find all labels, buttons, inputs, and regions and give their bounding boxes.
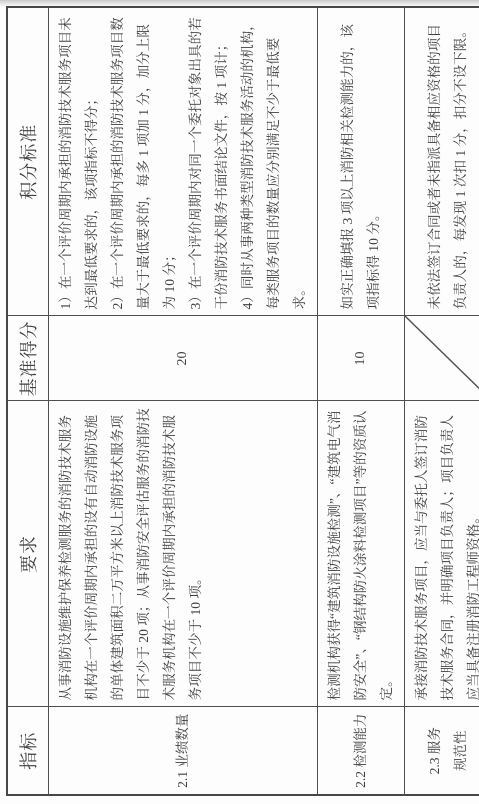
criteria-clause-1: 未依法签订合同或者未指派具备相应资格的项目负责人的，每发现 1 次扣 1 分，扣… — [422, 14, 474, 310]
requirement-text: 承接消防技术服务项目，应当与委托人签订消防技术服务合同，并明确项目负责人；项目负… — [409, 408, 479, 701]
col-header-requirement: 要求 — [7, 401, 49, 707]
base-score-cell-2-1: 20 — [49, 316, 318, 401]
criteria-clause-1: 1）在一个评价周期内承担的消防技术服务项目未达到最低要求的，该项指标不得分； — [53, 14, 105, 310]
criteria-cell-2-3: 未依法签订合同或者未指派具备相应资格的项目负责人的，每发现 1 次扣 1 分，扣… — [405, 7, 479, 316]
indicator-cell-2-3: 2.3 服务 规范性 — [405, 707, 479, 795]
criteria-clause-4: 4）同时从事两种类型消防技术服务活动的机构，每类服务项目的数量应分别满足不少于最… — [235, 14, 313, 310]
col-header-base-score: 基准得分 — [7, 316, 49, 401]
col-header-indicator: 指标 — [7, 707, 49, 795]
requirement-cell-2-2: 检测机构获得“建筑消防设施检测”、“建筑电气消防安全”、“钢结构防火涂料检测项目… — [318, 401, 405, 707]
requirement-text: 从事消防设施维护保养检测服务的消防技术服务机构在一个评价周期内承担的设有自动消防… — [53, 408, 209, 701]
table-row-performance: 2.1 业绩数量 从事消防设施维护保养检测服务的消防技术服务机构在一个评价周期内… — [49, 7, 318, 795]
criteria-cell-2-1: 1）在一个评价周期内承担的消防技术服务项目未达到最低要求的，该项指标不得分； 2… — [49, 7, 318, 316]
base-score-cell-2-3-empty — [405, 316, 479, 401]
table-row-testing-capability: 2.2 检测能力 检测机构获得“建筑消防设施检测”、“建筑电气消防安全”、“钢结… — [318, 7, 405, 795]
col-header-criteria: 积分标准 — [7, 7, 49, 316]
requirement-cell-2-3: 承接消防技术服务项目，应当与委托人签订消防技术服务合同，并明确项目负责人；项目负… — [405, 401, 479, 707]
scanned-document-page: 指标 要求 基准得分 积分标准 2.1 业绩数量 从事消防设施维护保养检测服务的… — [0, 0, 479, 804]
requirement-cell-2-1: 从事消防设施维护保养检测服务的消防技术服务机构在一个评价周期内承担的设有自动消防… — [49, 401, 318, 707]
header-row: 指标 要求 基准得分 积分标准 — [7, 7, 49, 795]
rotated-table-sheet: 指标 要求 基准得分 积分标准 2.1 业绩数量 从事消防设施维护保养检测服务的… — [0, 0, 479, 804]
criteria-clause-2: 2）在一个评价周期内承担的消防技术服务项目数量大于最低要求的，每多 1 项加 1… — [105, 14, 183, 310]
criteria-clause-1: 如实正确填报 3 项以上消防相关检测能力的，该项指标得 10 分。 — [335, 14, 387, 310]
indicator-cell-2-2: 2.2 检测能力 — [318, 707, 405, 795]
empty-cell-diagonal-line — [405, 317, 479, 401]
requirement-text: 检测机构获得“建筑消防设施检测”、“建筑电气消防安全”、“钢结构防火涂料检测项目… — [322, 408, 400, 701]
criteria-cell-2-2: 如实正确填报 3 项以上消防相关检测能力的，该项指标得 10 分。 — [318, 7, 405, 316]
indicator-cell-2-1: 2.1 业绩数量 — [49, 707, 318, 795]
criteria-clause-3: 3）在一个评价周期内对同一个委托对象出具的若干份消防技术服务书面结论文件，按 1… — [183, 14, 235, 310]
table-row-service-standardization: 2.3 服务 规范性 承接消防技术服务项目，应当与委托人签订消防技术服务合同，并… — [405, 7, 479, 795]
base-score-cell-2-2: 10 — [318, 316, 405, 401]
scoring-criteria-table: 指标 要求 基准得分 积分标准 2.1 业绩数量 从事消防设施维护保养检测服务的… — [6, 6, 479, 796]
